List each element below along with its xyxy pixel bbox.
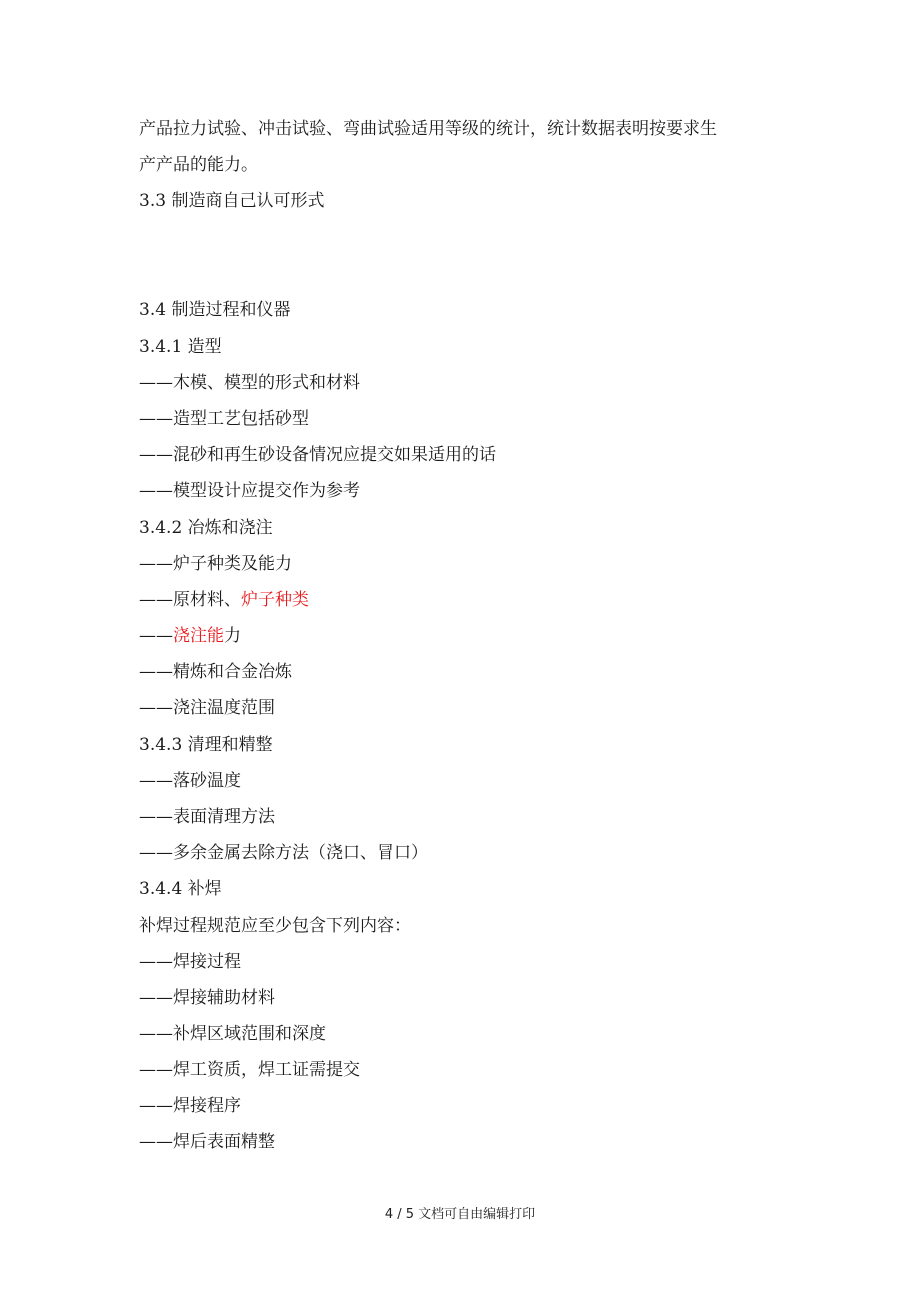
highlighted-text: 浇注能 <box>173 626 224 646</box>
heading-3-4-3: 3.4.3 清理和精整 <box>139 734 273 756</box>
list-item: ——造型工艺包括砂型 <box>139 408 309 430</box>
list-item-text-rest: 力 <box>224 626 241 646</box>
list-item: ——浇注温度范围 <box>139 697 275 719</box>
list-item: ——焊接过程 <box>139 951 241 973</box>
highlighted-text: 炉子种类 <box>241 590 309 610</box>
list-item: ——落砂温度 <box>139 770 241 792</box>
list-item: ——焊接程序 <box>139 1095 241 1117</box>
list-item-with-highlight: ——原材料、炉子种类 <box>139 589 309 611</box>
list-item-text: —— <box>139 626 173 646</box>
list-item-text: ——原材料、 <box>139 590 241 610</box>
page-footer: 4 / 5 文档可自由编辑打印 <box>0 1203 920 1222</box>
list-item: ——表面清理方法 <box>139 806 275 828</box>
document-page: 产品拉力试验、冲击试验、弯曲试验适用等级的统计，统计数据表明按要求生 产产品的能… <box>0 0 920 1302</box>
heading-3-3: 3.3 制造商自己认可形式 <box>139 190 324 212</box>
list-item: ——模型设计应提交作为参考 <box>139 480 360 502</box>
list-item-with-highlight: ——浇注能力 <box>139 625 241 647</box>
list-item: ——木模、模型的形式和材料 <box>139 372 360 394</box>
paragraph-weld-intro: 补焊过程规范应至少包含下列内容： <box>139 915 411 937</box>
heading-3-4-2: 3.4.2 冶炼和浇注 <box>139 517 273 539</box>
list-item: ——焊接辅助材料 <box>139 987 275 1009</box>
heading-3-4: 3.4 制造过程和仪器 <box>139 299 290 321</box>
list-item: ——混砂和再生砂设备情况应提交如果适用的话 <box>139 444 496 466</box>
list-item: ——精炼和合金冶炼 <box>139 661 292 683</box>
paragraph-intro-line-2: 产产品的能力。 <box>139 154 258 176</box>
list-item: ——多余金属去除方法（浇口、冒口） <box>139 842 428 864</box>
list-item: ——炉子种类及能力 <box>139 553 292 575</box>
paragraph-intro-line-1: 产品拉力试验、冲击试验、弯曲试验适用等级的统计，统计数据表明按要求生 <box>139 118 717 140</box>
heading-3-4-4: 3.4.4 补焊 <box>139 878 222 900</box>
heading-3-4-1: 3.4.1 造型 <box>139 336 222 358</box>
list-item: ——焊工资质，焊工证需提交 <box>139 1059 360 1081</box>
list-item: ——补焊区域范围和深度 <box>139 1023 326 1045</box>
list-item: ——焊后表面精整 <box>139 1131 275 1153</box>
